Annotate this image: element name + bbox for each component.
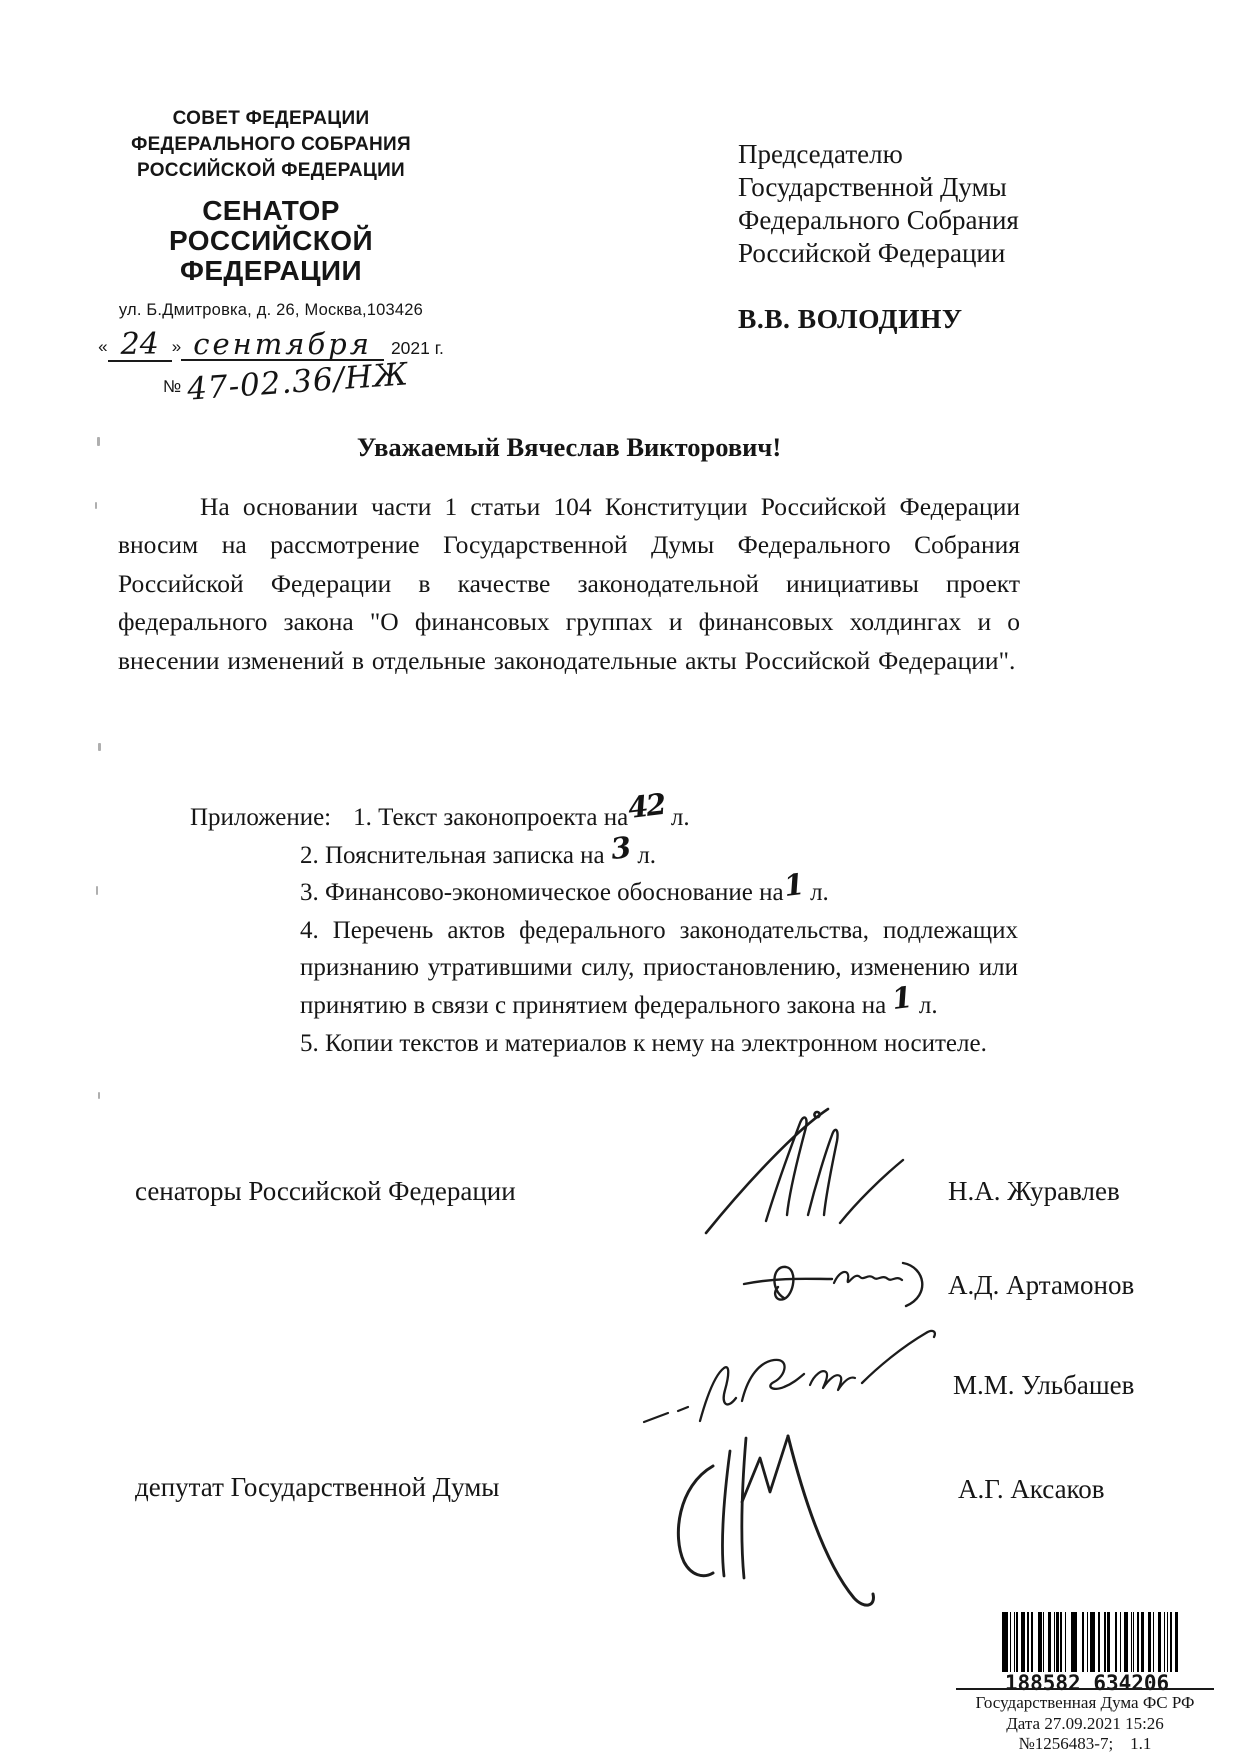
attachment-row: Приложение: 1. Текст законопроекта на42 … bbox=[190, 799, 1020, 837]
scan-artifact bbox=[96, 886, 98, 895]
org-line: РОССИЙСКОЙ ФЕДЕРАЦИИ bbox=[80, 158, 462, 184]
attachment-item: 2. Пояснительная записка на 3 л. bbox=[300, 837, 1018, 875]
handwritten-sheet-count: 1 bbox=[891, 987, 913, 1009]
org-line: ФЕДЕРАЛЬНОГО СОБРАНИЯ bbox=[80, 132, 462, 158]
attachment-item: 5. Копии текстов и материалов к нему на … bbox=[300, 1025, 1018, 1063]
attachment-text: л. bbox=[631, 842, 656, 869]
addressee-line: Государственной Думы bbox=[738, 171, 1168, 204]
addressee-line: Федерального Собрания bbox=[738, 204, 1168, 237]
attachment-text: 2. Пояснительная записка на bbox=[300, 842, 611, 869]
signatory-name: А.Д. Артамонов bbox=[948, 1270, 1134, 1301]
attachment-text: л. bbox=[665, 804, 690, 831]
handwritten-sheet-count: 3 bbox=[610, 836, 632, 858]
addressee-block: Председателю Государственной Думы Федера… bbox=[738, 138, 1168, 335]
outgoing-number-line: № 47-02.36/НЖ bbox=[80, 365, 462, 399]
attachment-text: л. bbox=[804, 879, 829, 906]
attachments-label: Приложение: bbox=[190, 799, 331, 837]
sender-address: ул. Б.Дмитровка, д. 26, Москва,103426 bbox=[80, 301, 462, 320]
attachments-block: Приложение: 1. Текст законопроекта на42 … bbox=[190, 799, 1020, 1062]
signatory-name: М.М. Ульбашев bbox=[953, 1370, 1134, 1401]
handwritten-month: сентября bbox=[181, 329, 384, 361]
handwritten-sheet-count: 42 bbox=[627, 794, 666, 818]
attachment-text: 1. Текст законопроекта на bbox=[353, 804, 628, 831]
signature-ulbashev-icon bbox=[640, 1324, 955, 1440]
barcode: 188582 634206 bbox=[1002, 1612, 1172, 1695]
scan-artifact bbox=[98, 1092, 100, 1099]
sender-title: СЕНАТОР РОССИЙСКОЙ ФЕДЕРАЦИИ bbox=[80, 196, 462, 286]
attachment-text: 5. Копии текстов и материалов к нему на … bbox=[300, 1030, 987, 1057]
addressee-name: В.В. ВОЛОДИНУ bbox=[738, 302, 1168, 335]
salutation: Уважаемый Вячеслав Викторович! bbox=[118, 432, 1020, 463]
addressee-line: Российской Федерации bbox=[738, 237, 1168, 270]
org-line: СОВЕТ ФЕДЕРАЦИИ bbox=[80, 106, 462, 132]
deputy-label: депутат Государственной Думы bbox=[135, 1472, 499, 1503]
scan-artifact bbox=[98, 743, 101, 751]
letterhead: СОВЕТ ФЕДЕРАЦИИ ФЕДЕРАЛЬНОГО СОБРАНИЯ РО… bbox=[80, 106, 462, 399]
attachment-item: 4. Перечень актов федерального законодат… bbox=[300, 912, 1018, 1025]
attachment-item: 1. Текст законопроекта на42 л. bbox=[353, 799, 689, 837]
senators-label: сенаторы Российской Федерации bbox=[135, 1176, 516, 1207]
signatory-name: А.Г. Аксаков bbox=[958, 1474, 1105, 1505]
attachment-text: 3. Финансово-экономическое обоснование н… bbox=[300, 879, 784, 906]
addressee-line: Председателю bbox=[738, 138, 1168, 171]
barcode-bars-icon bbox=[1002, 1612, 1178, 1672]
signature-aksakov-icon bbox=[658, 1426, 928, 1622]
stamp-date: Дата 27.09.2021 15:26 bbox=[956, 1714, 1214, 1735]
signature-artamonov-icon bbox=[740, 1257, 945, 1311]
signature-zhuravlev-icon bbox=[700, 1103, 910, 1241]
signatory-name: Н.А. Журавлев bbox=[948, 1176, 1120, 1207]
scan-artifact bbox=[97, 437, 100, 446]
close-quote: » bbox=[172, 337, 181, 357]
sender-title-line: СЕНАТОР bbox=[80, 196, 462, 226]
stamp-org: Государственная Дума ФС РФ bbox=[956, 1693, 1214, 1714]
sender-title-line: РОССИЙСКОЙ ФЕДЕРАЦИИ bbox=[80, 226, 462, 286]
handwritten-number: 47-02.36/НЖ bbox=[186, 357, 410, 406]
scan-artifact bbox=[95, 502, 97, 509]
stamp-number: №1256483-7; 1.1 bbox=[956, 1734, 1214, 1755]
letter-body: На основании части 1 статьи 104 Конститу… bbox=[118, 488, 1020, 680]
registration-stamp: Государственная Дума ФС РФ Дата 27.09.20… bbox=[956, 1688, 1214, 1760]
scanned-letter-page: СОВЕТ ФЕДЕРАЦИИ ФЕДЕРАЛЬНОГО СОБРАНИЯ РО… bbox=[0, 0, 1250, 1760]
number-sign: № bbox=[163, 377, 181, 397]
attachment-text: л. bbox=[913, 992, 938, 1019]
handwritten-day: 24 bbox=[108, 330, 172, 362]
open-quote: « bbox=[98, 337, 107, 357]
org-name-block: СОВЕТ ФЕДЕРАЦИИ ФЕДЕРАЛЬНОГО СОБРАНИЯ РО… bbox=[80, 106, 462, 184]
handwritten-sheet-count: 1 bbox=[782, 874, 804, 896]
attachment-item: 3. Финансово-экономическое обоснование н… bbox=[300, 874, 1018, 912]
